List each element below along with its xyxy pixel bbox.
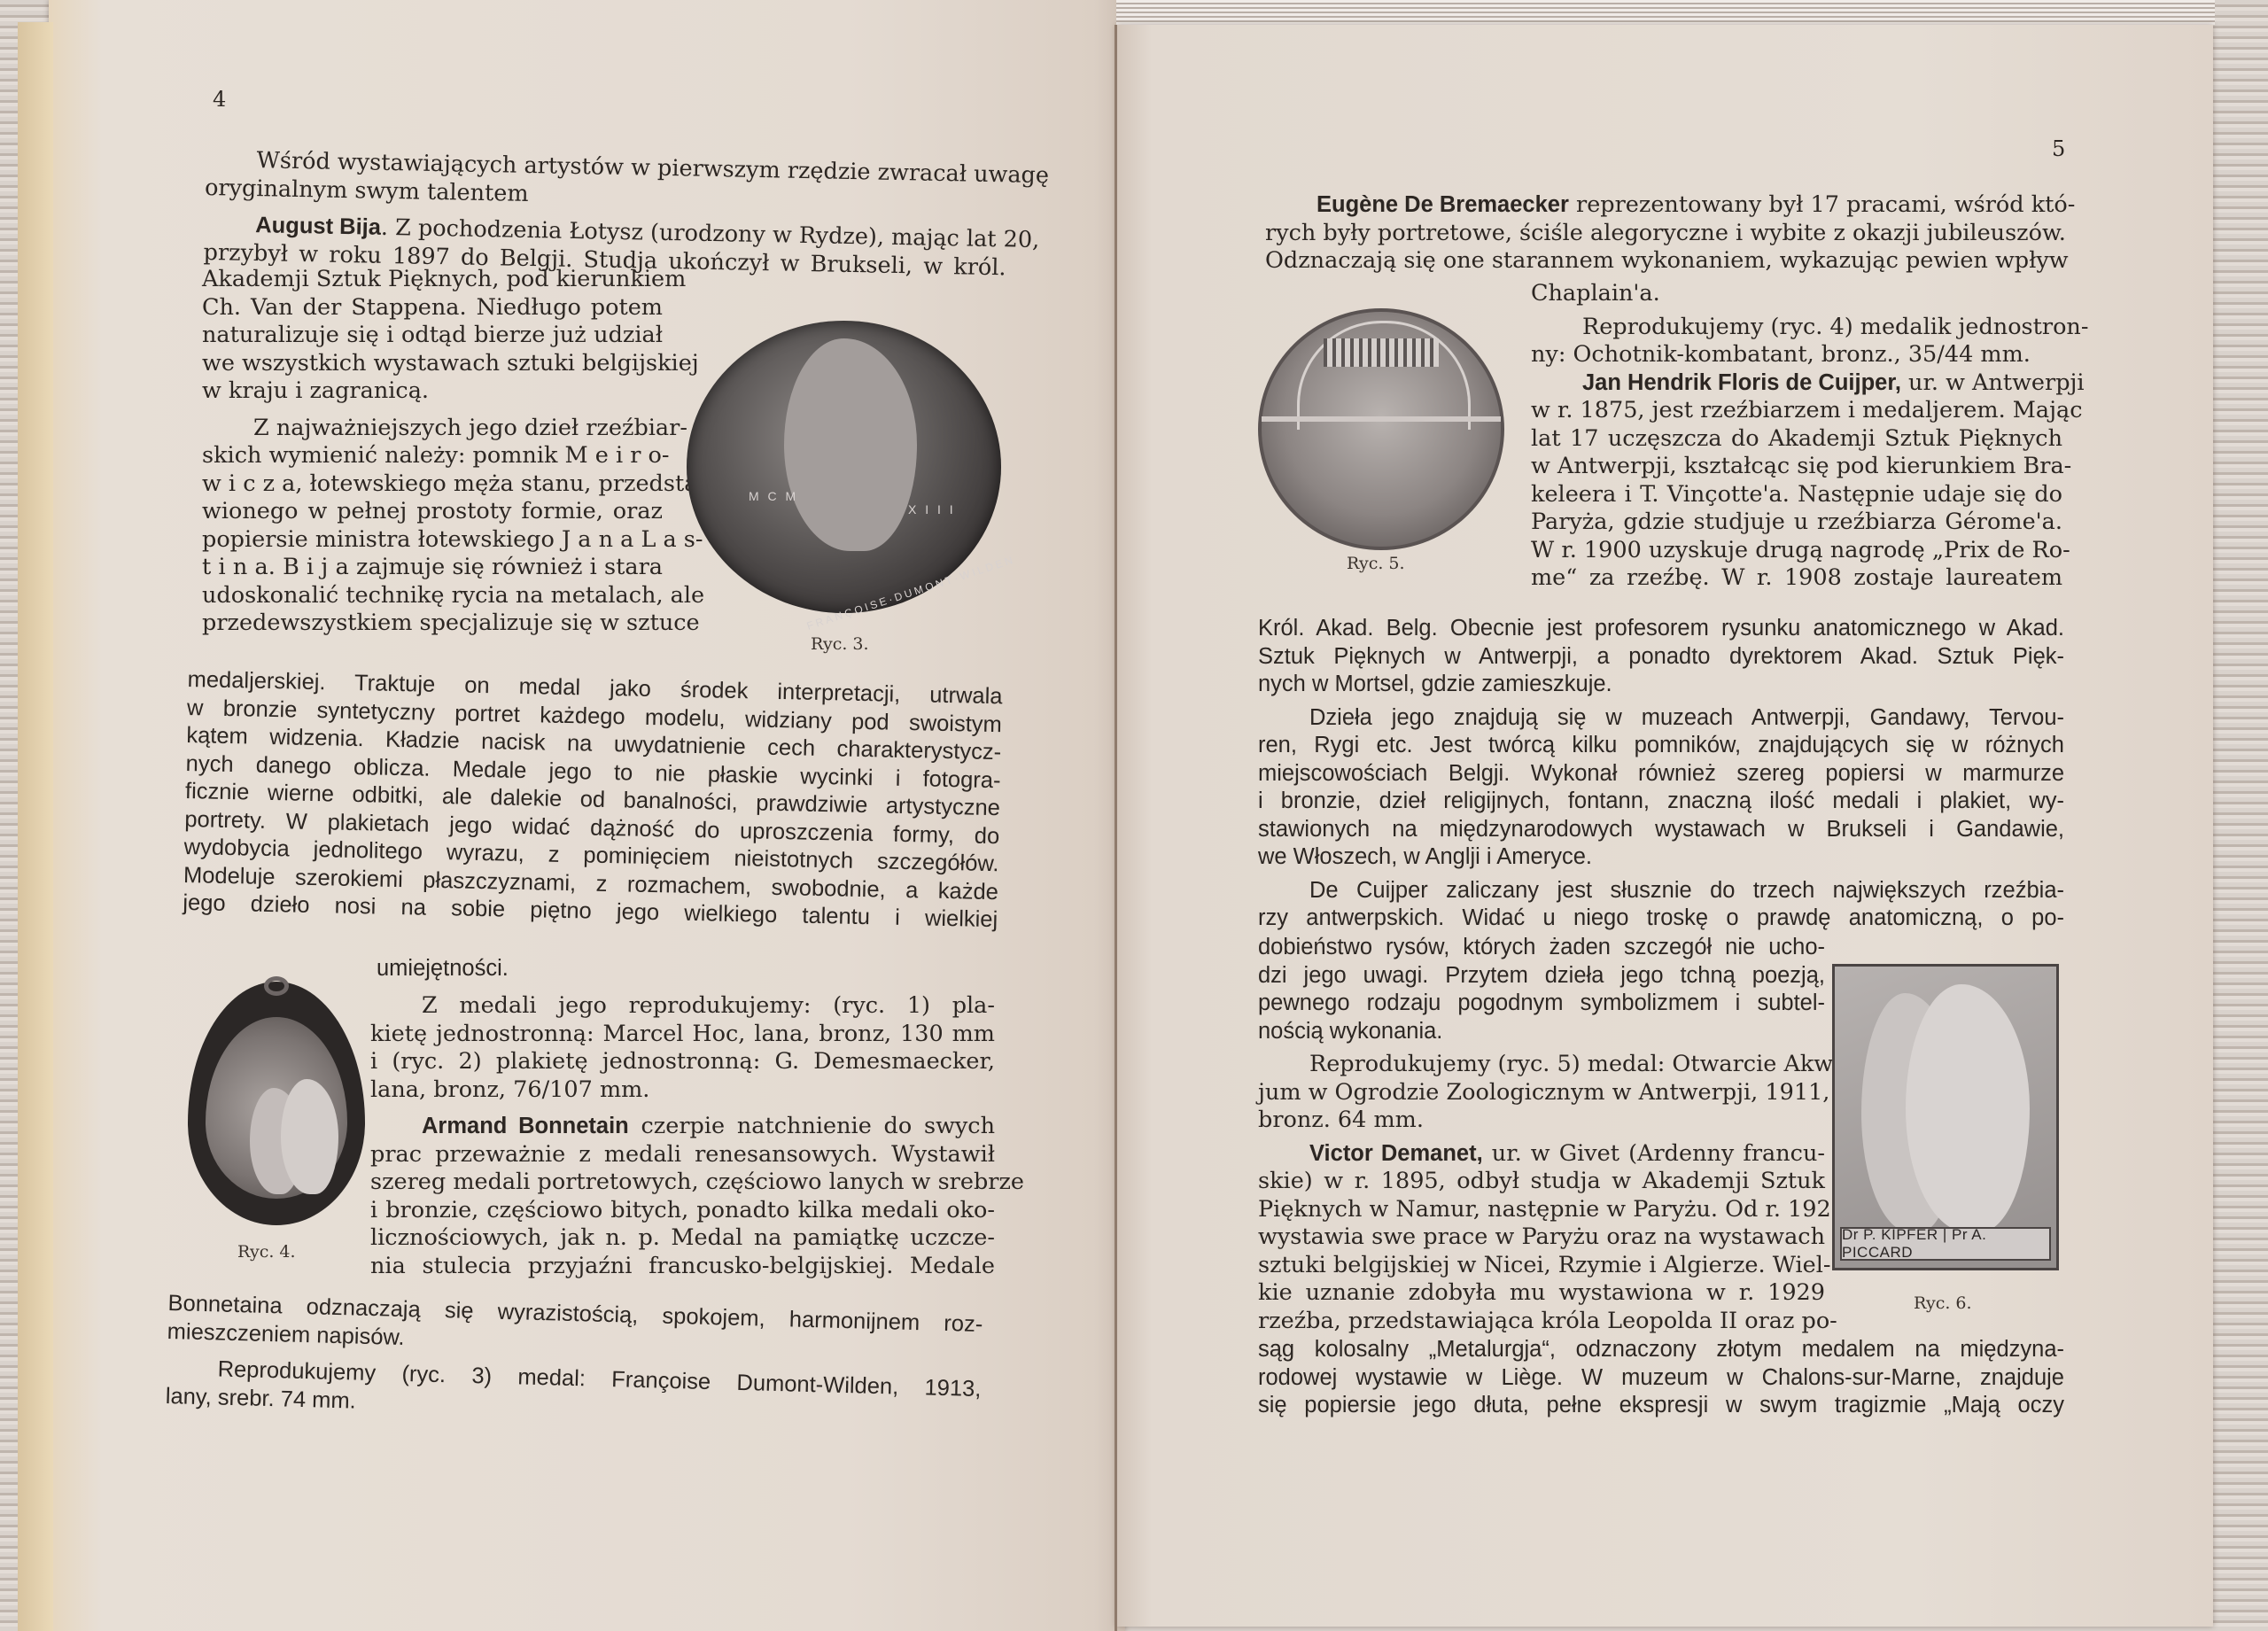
medal-portrait — [784, 338, 917, 551]
text-line: Akademji Sztuk Pięknych, pod kierunkiem — [202, 266, 663, 294]
text-line: lana, bronz, 76/107 mm. — [370, 1076, 995, 1105]
text-line: prac przeważnie z medali renesansowych. … — [370, 1141, 995, 1169]
page-number-right: 5 — [2052, 136, 2065, 161]
text-line: sztuki belgijskiej w Nicei, Rzymie i Alg… — [1258, 1252, 1825, 1280]
artist-name-demanet: Victor Demanet, — [1309, 1141, 1483, 1166]
text-line: ren, Rygi etc. Jest twórcą kilku pomnikó… — [1258, 732, 2064, 760]
text-line: ny: Ochotnik-kombatant, bronz., 35/44 mm… — [1531, 341, 2062, 369]
text-line: skie) w r. 1895, odbył studja w Akademji… — [1258, 1168, 1825, 1196]
caption-ryc5: Ryc. 5. — [1347, 554, 1405, 573]
left-main-block-end: umiejętności. — [377, 955, 642, 983]
text-line: we wszystkich wystawach sztuki belgijski… — [202, 350, 663, 378]
left-intro-block: Wśród wystawiających artystów w pierwszy… — [203, 146, 1007, 282]
text-line: W r. 1900 uzyskuje drugą nagrodę „Prix d… — [1531, 537, 2062, 565]
text-line: rych były portretowe, ściśle alegoryczne… — [1265, 220, 2064, 248]
plaque-label: Dr P. KIPFER | Pr A. PICCARD — [1840, 1227, 2051, 1261]
page-stack-edge — [1116, 0, 2215, 25]
figure-ryc3-medal: M C M X I I I FRANÇOISE·DUMONT·WILDEN — [687, 321, 1001, 613]
figure-ryc6-plaque: Dr P. KIPFER | Pr A. PICCARD — [1832, 964, 2059, 1270]
text-line: lat 17 uczęszcza do Akademji Sztuk Piękn… — [1531, 425, 2062, 454]
text-line: skich wymienić należy: pomnik M e i r o- — [202, 442, 663, 470]
text-line: Z medali jego reprodukujemy: (ryc. 1) pl… — [370, 992, 995, 1021]
medal-relief — [206, 1017, 347, 1199]
text-line: Król. Akad. Belg. Obecnie jest profesore… — [1258, 615, 2064, 643]
text-line: nych w Mortsel, gdzie zamieszkuje. — [1258, 671, 2064, 699]
text-line: Sztuk Pięknych w Antwerpji, a ponadto dy… — [1258, 643, 2064, 672]
artist-name-bija: August Bija — [255, 213, 381, 240]
text-line: Ch. Van der Stappena. Niedługo potem — [202, 294, 663, 322]
text-line: przedewszystkiem specjalizuje się w sztu… — [202, 610, 663, 638]
text-line: pewnego rodzaju pogodnym symbolizmem i s… — [1258, 990, 1825, 1018]
text-line: w kraju i zagranicą. — [202, 377, 663, 406]
text-line: jum w Ogrodzie Zoologicznym w Antwerpji,… — [1258, 1079, 1825, 1107]
right-column-lower-b: Reprodukujemy (ryc. 5) medal: Otwarcie A… — [1258, 1051, 1825, 1335]
left-right-column: Z medali jego reprodukujemy: (ryc. 1) pl… — [370, 992, 995, 1280]
medal-inscription-right: X I I I — [908, 502, 956, 516]
text-line: dobieństwo rysów, których żaden szczegół… — [1258, 934, 1825, 962]
medal-inscription-left: M C M — [749, 489, 798, 503]
text-line: Reprodukujemy (ryc. 5) medal: Otwarcie A… — [1258, 1051, 1825, 1079]
text-line: szereg medali portretowych, częściowo la… — [370, 1169, 995, 1197]
text-line: umiejętności. — [377, 955, 642, 983]
caption-ryc4: Ryc. 4. — [237, 1242, 296, 1262]
text-line: keleera i T. Vinçotte'a. Następnie udaje… — [1531, 481, 2062, 509]
text-line: się popiersie jego dłuta, pełne ekspresj… — [1258, 1392, 2064, 1420]
text-line: Z najważniejszych jego dzieł rzeźbiar- — [202, 415, 663, 443]
text-line: Jan Hendrik Floris de Cuijper, ur. w Ant… — [1531, 369, 2062, 398]
text-line: wystawia swe prace w Paryżu oraz na wyst… — [1258, 1223, 1825, 1252]
text-line: Reprodukujemy (ryc. 4) medalik jednostro… — [1531, 314, 2062, 342]
text-line: stawionych na międzynarodowych wystawach… — [1258, 816, 2064, 844]
text-line: bronz. 64 mm. — [1258, 1107, 1825, 1135]
page-number-left: 4 — [213, 87, 226, 112]
caption-ryc6: Ryc. 6. — [1914, 1293, 1972, 1313]
book-gutter — [1115, 25, 1117, 1631]
left-main-block: medaljerskiej. Traktuje on medal jako śr… — [183, 666, 1003, 935]
text-line: Paryża, gdzie studjuje u rzeźbiarza Géro… — [1531, 509, 2062, 537]
text-line: Pięknych w Namur, następnie w Paryżu. Od… — [1258, 1196, 1825, 1224]
figure-ryc5-medal — [1258, 308, 1504, 550]
text-line: dzi jego uwagi. Przytem dzieła jego tchn… — [1258, 962, 1825, 990]
plaque-portrait-right — [1906, 984, 2030, 1232]
text-line: popiersie ministra łotewskiego J a n a L… — [202, 526, 663, 555]
text-line: Eugène De Bremaecker reprezentowany był … — [1265, 191, 2064, 220]
right-bottom-block: sąg kolosalny „Metalurgja“, odznaczony z… — [1258, 1336, 2064, 1420]
text-line: rzy antwerpskich. Widać u niego troskę o… — [1258, 905, 2064, 933]
text-line: Chaplain'a. — [1531, 280, 2062, 308]
right-mid-block: Król. Akad. Belg. Obecnie jest profesore… — [1258, 615, 2064, 933]
text-line: wionego w pełnej prostoty formie, oraz — [202, 498, 663, 526]
left-bottom-block: Bonnetaina odznaczają się wyrazistością,… — [165, 1290, 983, 1432]
artist-name-bremaecker: Eugène De Bremaecker — [1317, 192, 1569, 217]
left-bija-column: Akademji Sztuk Pięknych, pod kierunkiem … — [202, 266, 663, 638]
text-line: kie uznanie zdobyła mu wystawiona w r. 1… — [1258, 1279, 1825, 1308]
text-line: w Antwerpji, kształcąc się pod kierunkie… — [1531, 453, 2062, 481]
text-line: w r. 1875, jest rzeźbiarzem i medaljerem… — [1531, 397, 2062, 425]
text-line: licznościowych, jak n. p. Medal na pamią… — [370, 1224, 995, 1253]
text-line: kietę jednostronną: Marcel Hoc, lana, br… — [370, 1021, 995, 1049]
medal-temple-relief — [1324, 338, 1439, 367]
text-line: w i c z a, łotewskiego męża stanu, przed… — [202, 470, 663, 499]
text-line: Odznaczają się one starannem wykonaniem,… — [1265, 247, 2064, 276]
text-line: Dzieła jego znajdują się w muzeach Antwe… — [1258, 704, 2064, 733]
caption-ryc3: Ryc. 3. — [811, 634, 869, 654]
text-line: we Włoszech, w Anglji i Ameryce. — [1258, 843, 2064, 872]
text-line: me“ za rzeźbę. W r. 1908 zostaje laureat… — [1531, 564, 2062, 593]
text-line: rodowej wystawie w Liège. W muzeum w Cha… — [1258, 1364, 2064, 1393]
artist-name-cuijper: Jan Hendrik Floris de Cuijper, — [1582, 370, 1901, 395]
right-column-upper: Chaplain'a. Reprodukujemy (ryc. 4) medal… — [1531, 280, 2062, 593]
left-page-edge — [18, 22, 53, 1631]
text-line: nością wykonania. — [1258, 1018, 1825, 1046]
text-line: rzeźba, przedstawiająca króla Leopolda I… — [1258, 1308, 1825, 1336]
text-line: sąg kolosalny „Metalurgja“, odznaczony z… — [1258, 1336, 2064, 1364]
text-line: i bronzie, dzieł religijnych, fontann, z… — [1258, 788, 2064, 816]
text-line: Victor Demanet, ur. w Givet (Ardenny fra… — [1258, 1140, 1825, 1169]
text-line: nia stulecia przyjaźni francusko-belgijs… — [370, 1253, 995, 1281]
text-line: i bronzie, częściowo bitych, ponadto kil… — [370, 1197, 995, 1225]
artist-name-bonnetain: Armand Bonnetain — [422, 1114, 629, 1138]
text-line: miejscowościach Belgji. Wykonał również … — [1258, 760, 2064, 788]
text-line: naturalizuje się i odtąd bierze już udzi… — [202, 322, 663, 350]
right-column-lower-a: dobieństwo rysów, których żaden szczegół… — [1258, 934, 1825, 1045]
right-top-block: Eugène De Bremaecker reprezentowany był … — [1265, 191, 2064, 276]
medal-loop — [264, 976, 289, 996]
text-line: Armand Bonnetain czerpie natchnienie do … — [370, 1113, 995, 1141]
text-line: udoskonalić technikę rycia na metalach, … — [202, 582, 663, 610]
text-line: t i n a. B i j a zajmuje się również i s… — [202, 554, 663, 582]
text-line: De Cuijper zaliczany jest słusznie do tr… — [1258, 877, 2064, 905]
text-line: i (ryc. 2) plakietę jednostronną: G. Dem… — [370, 1048, 995, 1076]
